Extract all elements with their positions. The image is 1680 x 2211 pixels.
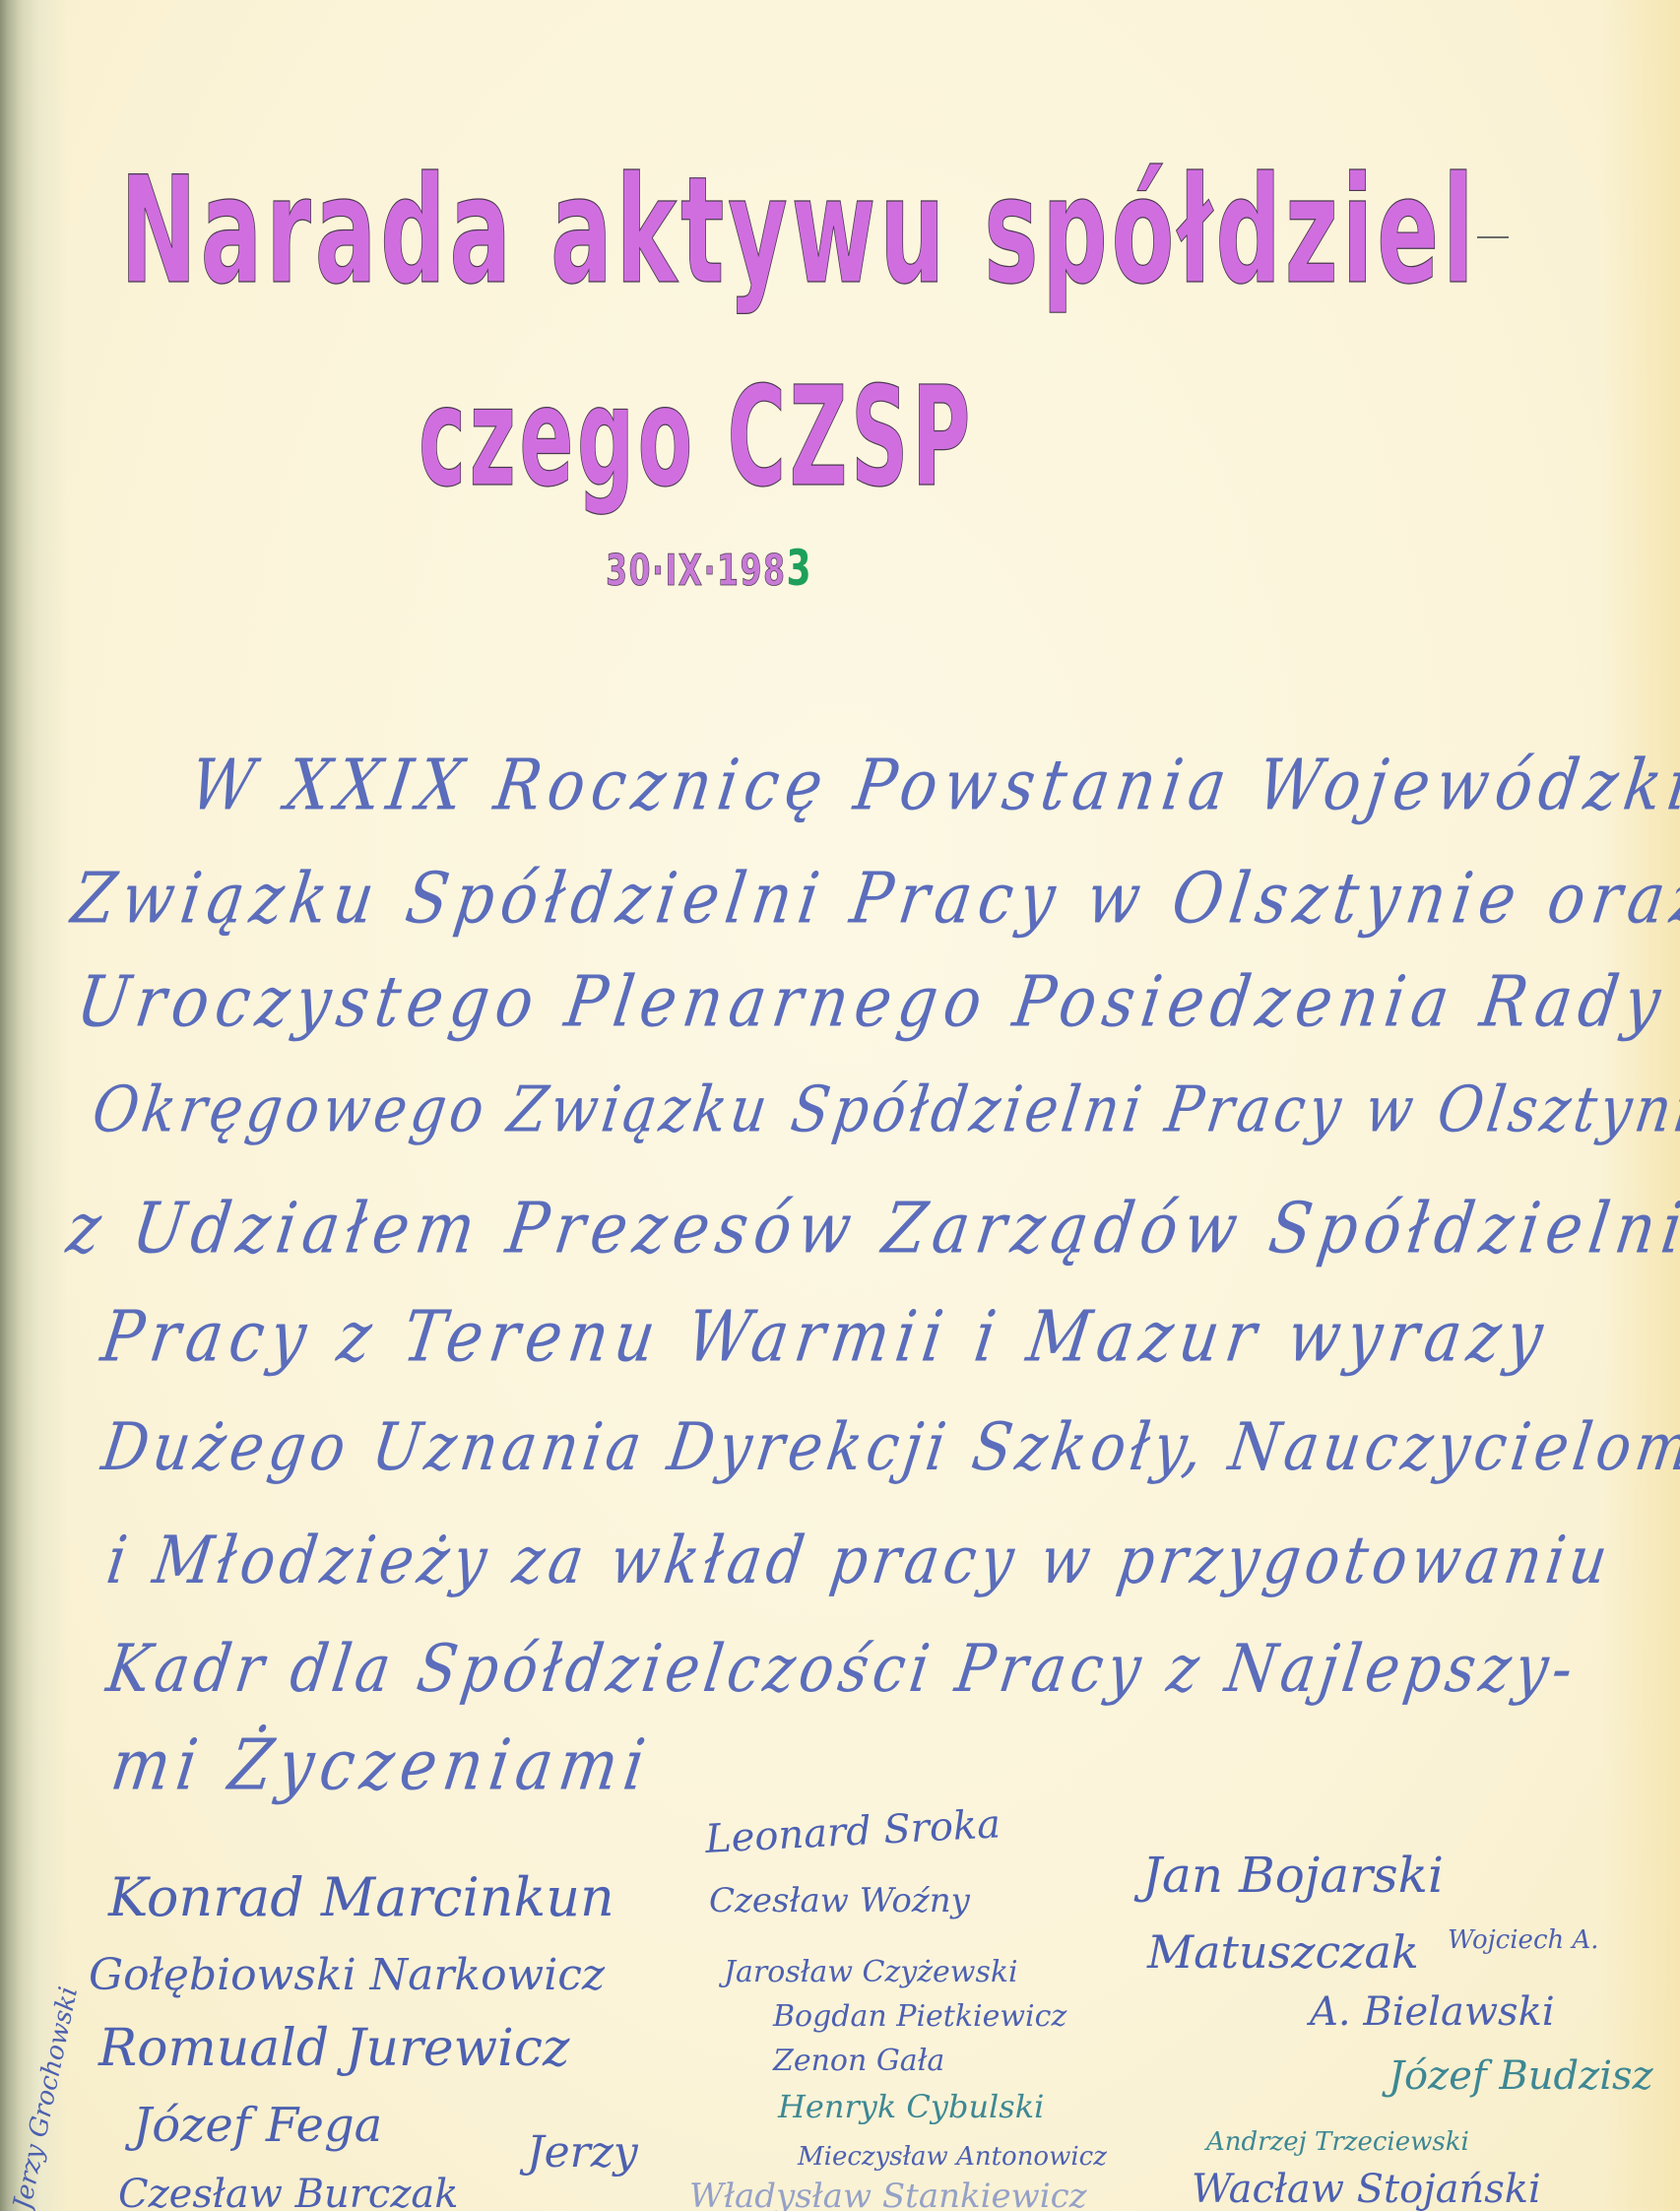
title-line-1: Narada aktywu spółdziel xyxy=(120,158,1478,305)
signature: Józef Budzisz xyxy=(1389,2053,1653,2099)
signature: Andrzej Trzeciewski xyxy=(1206,2127,1469,2157)
message-line: Związku Spółdzielni Pracy w Olsztynie or… xyxy=(67,857,1680,940)
message-line: Dużego Uznania Dyrekcji Szkoły, Nauczyci… xyxy=(97,1408,1680,1485)
signature: Romuald Jurewicz xyxy=(98,2019,569,2078)
title-line-2: czego CZSP xyxy=(419,369,974,507)
signature: Matuszczak xyxy=(1147,1925,1419,1979)
signature: Bogdan Pietkiewicz xyxy=(773,1999,1066,2034)
signature: Czesław Woźny xyxy=(709,1881,970,1920)
signature: A. Bielawski xyxy=(1310,1989,1555,2035)
signature: Zenon Gała xyxy=(773,2044,944,2078)
signature: Konrad Marcinkun xyxy=(108,1866,614,1928)
date-main: 30·IX·198 xyxy=(606,546,786,596)
title-hyphen xyxy=(1477,236,1509,238)
message-line: Okręgowego Związku Spółdzielni Pracy w O… xyxy=(88,1073,1680,1147)
signature: Leonard Sroka xyxy=(704,1801,1002,1862)
signature: Wacław Stojański xyxy=(1192,2167,1541,2211)
message-line: z Udziałem Prezesów Zarządów Spółdzielni xyxy=(62,1187,1680,1269)
signature: Mieczysław Antonowicz xyxy=(798,2142,1107,2172)
message-line: Uroczystego Plenarnego Posiedzenia Rady xyxy=(72,960,1672,1043)
signature: Wojciech A. xyxy=(1448,1925,1599,1955)
signature: Józef Fega xyxy=(133,2098,382,2153)
signature: Gołębiowski Narkowicz xyxy=(89,1950,605,2000)
message-line: W XXIX Rocznicę Powstania Wojewódzkiego xyxy=(185,744,1680,826)
signature: Henryk Cybulski xyxy=(778,2088,1044,2125)
message-line: i Młodzieży za wkład pracy w przygotowan… xyxy=(102,1522,1617,1598)
date-last-digit: 3 xyxy=(786,540,811,597)
date-stamp: 30·IX·1983 xyxy=(606,540,812,597)
signature: Władysław Stankiewicz xyxy=(689,2177,1087,2211)
message-line: Kadr dla Spółdzielczości Pracy z Najleps… xyxy=(102,1630,1583,1707)
signature: Jan Bojarski xyxy=(1142,1847,1444,1904)
signature: Czesław Burczak xyxy=(118,2172,459,2211)
signature: Jerzy xyxy=(527,2127,638,2178)
message-line: mi Życzeniami xyxy=(106,1723,657,1806)
signature: Jerzy Grochowski xyxy=(8,1984,84,2211)
signature: Jarosław Czyżewski xyxy=(724,1955,1018,1989)
guestbook-page: Narada aktywu spółdziel czego CZSP 30·IX… xyxy=(0,0,1680,2211)
message-line: Pracy z Terenu Warmii i Mazur wyrazy xyxy=(97,1295,1555,1378)
